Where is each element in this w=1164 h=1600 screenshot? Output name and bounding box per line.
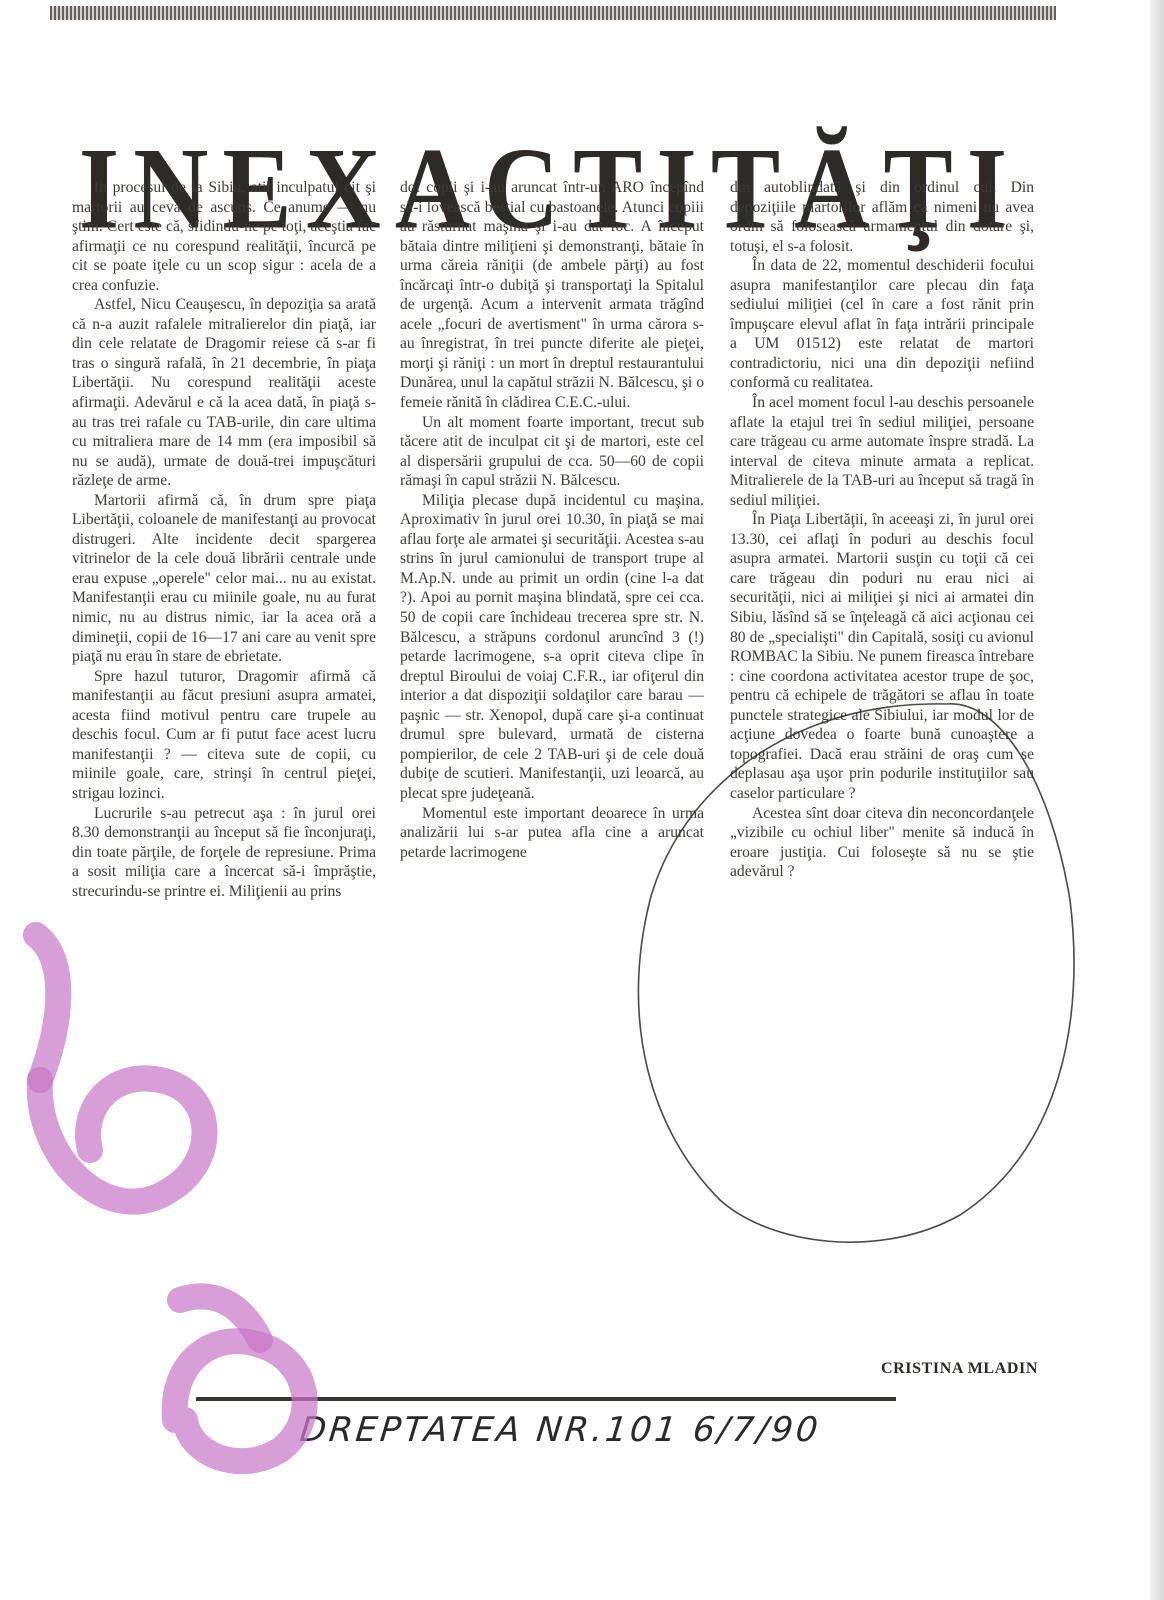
article-column-1: In procesul de la Sibiu, atit inculpatul… xyxy=(72,178,376,901)
article-column-3: din autoblindată şi din ordinul cui. Din… xyxy=(730,178,1034,882)
paragraph: În Piaţa Libertăţii, în aceeaşi zi, în j… xyxy=(730,510,1034,803)
paragraph: din autoblindată şi din ordinul cui. Din… xyxy=(730,178,1034,256)
paragraph: Momentul este important deoarece în urma… xyxy=(400,804,704,863)
paragraph: Martorii afirmă că, în drum spre piaţa L… xyxy=(72,491,376,667)
top-decorative-rule xyxy=(50,6,1056,20)
paragraph: Acestea sînt doar citeva din neconcordan… xyxy=(730,804,1034,882)
paragraph: În data de 22, momentul deschiderii focu… xyxy=(730,256,1034,393)
paragraph: Astfel, Nicu Ceauşescu, în depoziţia sa … xyxy=(72,295,376,490)
scan-edge xyxy=(1150,0,1164,1600)
paragraph: În acel moment focul l-au deschis persoa… xyxy=(730,393,1034,510)
paragraph: Lucrurile s-au petrecut aşa : în jurul o… xyxy=(72,804,376,902)
author-byline: CRISTINA MLADIN xyxy=(780,1360,1038,1378)
paragraph: Spre hazul tuturor, Dragomir afirmă că m… xyxy=(72,667,376,804)
article-column-2: doi copii şi i-au aruncat într-un ARO în… xyxy=(400,178,704,862)
handwritten-source-note: DREPTATEA NR.101 6/7/90 xyxy=(298,1410,902,1450)
bottom-rule xyxy=(196,1397,896,1401)
paragraph: In procesul de la Sibiu, atit inculpatul… xyxy=(72,178,376,295)
paragraph: Un alt moment foarte important, trecut s… xyxy=(400,413,704,491)
paragraph: doi copii şi i-au aruncat într-un ARO în… xyxy=(400,178,704,413)
paragraph: Miliţia plecase după incidentul cu maşin… xyxy=(400,491,704,804)
